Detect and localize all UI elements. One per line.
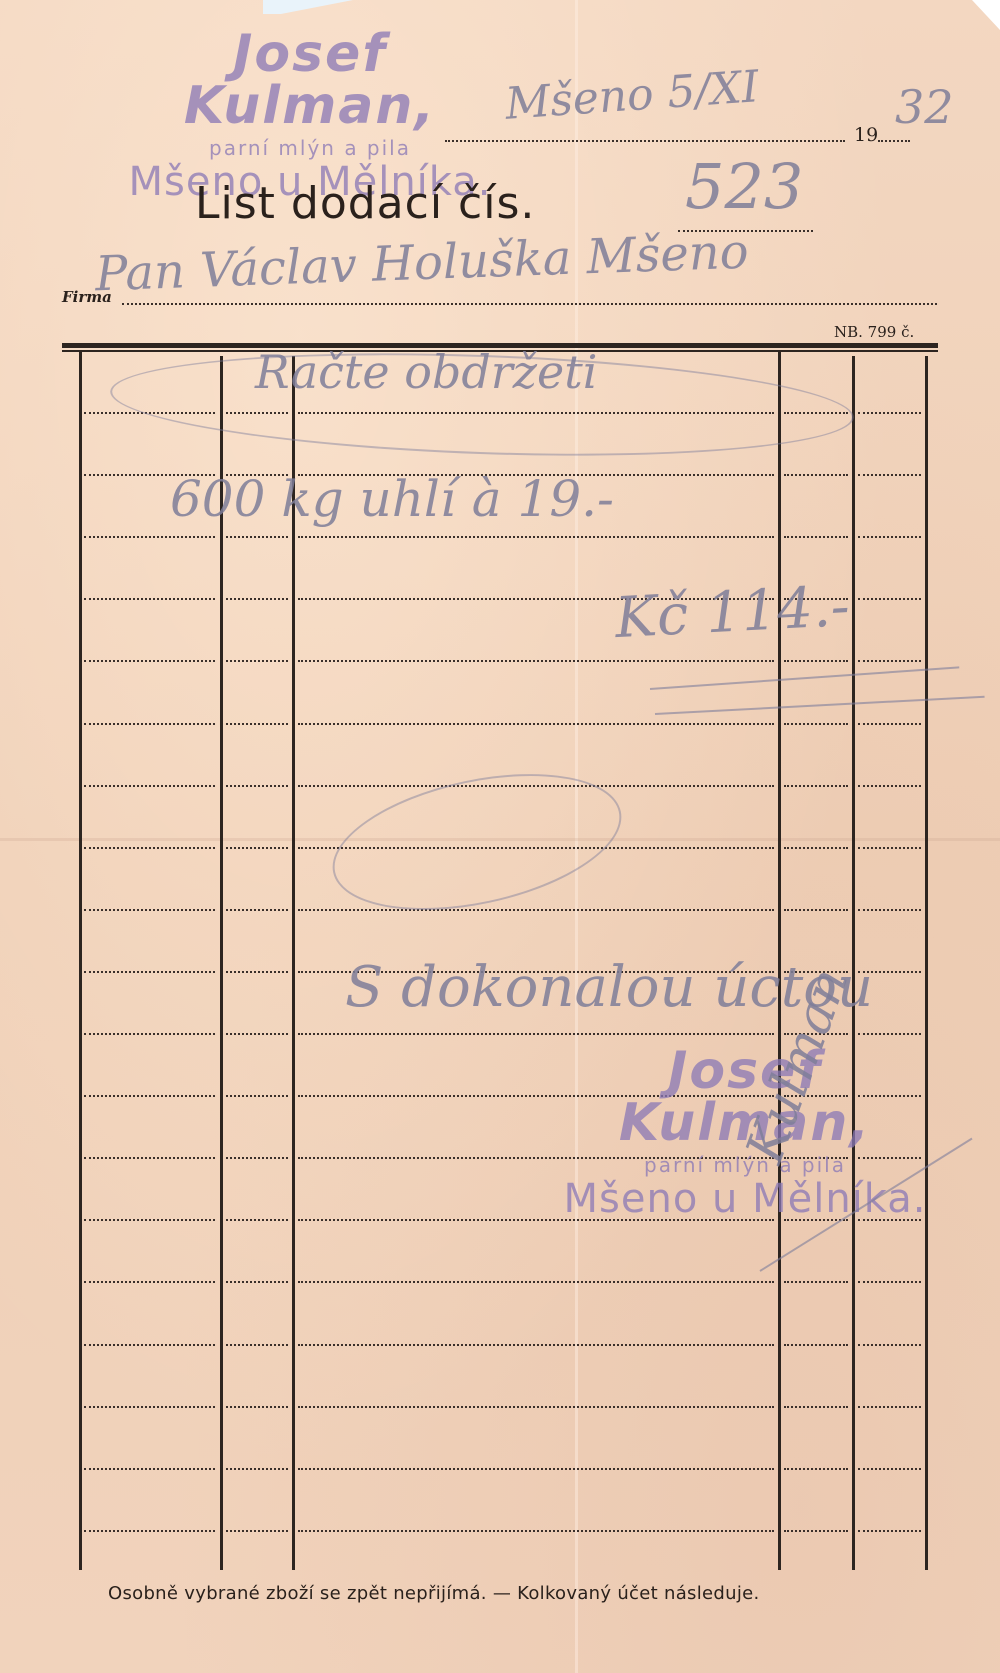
row-dotted-line: [226, 1406, 288, 1408]
row-dotted-line: [784, 909, 848, 911]
handwritten-line-1: Račte obdržeti: [255, 345, 597, 399]
column-line: [79, 352, 82, 1570]
row-dotted-line: [84, 1033, 215, 1035]
column-line: [925, 356, 928, 1570]
row-dotted-line: [84, 536, 215, 538]
row-dotted-line: [84, 1095, 215, 1097]
row-dotted-line: [226, 1468, 288, 1470]
row-dotted-line: [858, 723, 921, 725]
row-dotted-line: [226, 660, 288, 662]
row-dotted-line: [84, 1281, 215, 1283]
row-dotted-line: [298, 1406, 774, 1408]
row-dotted-line: [84, 1344, 215, 1346]
row-dotted-line: [298, 1468, 774, 1470]
row-dotted-line: [84, 660, 215, 662]
row-dotted-line: [84, 1468, 215, 1470]
row-dotted-line: [226, 785, 288, 787]
column-line: [220, 356, 223, 1570]
row-dotted-line: [298, 723, 774, 725]
row-dotted-line: [858, 785, 921, 787]
row-dotted-line: [858, 1530, 921, 1532]
row-dotted-line: [226, 1033, 288, 1035]
row-dotted-line: [226, 598, 288, 600]
row-dotted-line: [784, 660, 848, 662]
row-dotted-line: [784, 536, 848, 538]
row-dotted-line: [226, 971, 288, 973]
firma-dotted-line: [122, 303, 937, 305]
row-dotted-line: [784, 1281, 848, 1283]
row-dotted-line: [226, 1219, 288, 1221]
row-dotted-line: [858, 474, 921, 476]
row-dotted-line: [784, 723, 848, 725]
row-dotted-line: [84, 847, 215, 849]
row-dotted-line: [226, 909, 288, 911]
year-dotted-line: [878, 140, 910, 142]
row-dotted-line: [226, 1281, 288, 1283]
row-dotted-line: [84, 909, 215, 911]
row-dotted-line: [298, 1530, 774, 1532]
row-dotted-line: [298, 660, 774, 662]
handwritten-line-2: 600 kg uhlí à 19.-: [170, 470, 614, 528]
row-dotted-line: [858, 1344, 921, 1346]
row-dotted-line: [226, 1530, 288, 1532]
row-dotted-line: [84, 598, 215, 600]
row-dotted-line: [784, 474, 848, 476]
row-dotted-line: [84, 1219, 215, 1221]
form-code: NB. 799 č.: [834, 323, 914, 341]
row-dotted-line: [84, 785, 215, 787]
row-dotted-line: [784, 1530, 848, 1532]
row-dotted-line: [858, 1033, 921, 1035]
row-dotted-line: [784, 847, 848, 849]
row-dotted-line: [784, 1468, 848, 1470]
row-dotted-line: [858, 660, 921, 662]
row-dotted-line: [784, 785, 848, 787]
row-dotted-line: [858, 536, 921, 538]
row-dotted-line: [226, 1095, 288, 1097]
document-title: List dodací čís.: [195, 178, 535, 229]
row-dotted-line: [858, 1406, 921, 1408]
column-line: [292, 356, 295, 1570]
row-dotted-line: [84, 971, 215, 973]
row-dotted-line: [84, 1406, 215, 1408]
row-dotted-line: [226, 847, 288, 849]
stamp-name: Josef Kulman,: [100, 28, 520, 132]
footer-note: Osobně vybrané zboží se zpět nepřijímá. …: [108, 1583, 760, 1604]
row-dotted-line: [226, 1157, 288, 1159]
row-dotted-line: [858, 1281, 921, 1283]
row-dotted-line: [226, 723, 288, 725]
handwritten-number: 523: [685, 150, 803, 223]
row-dotted-line: [298, 1033, 774, 1035]
row-dotted-line: [858, 847, 921, 849]
row-dotted-line: [298, 1344, 774, 1346]
row-dotted-line: [298, 909, 774, 911]
row-dotted-line: [298, 1281, 774, 1283]
row-dotted-line: [784, 1406, 848, 1408]
row-dotted-line: [858, 412, 921, 414]
handwritten-year: 32: [895, 80, 954, 134]
row-dotted-line: [84, 723, 215, 725]
handwritten-total: Kč 114.-: [613, 574, 851, 651]
row-dotted-line: [226, 536, 288, 538]
row-dotted-line: [298, 536, 774, 538]
date-dotted-line: [445, 140, 845, 142]
row-dotted-line: [858, 1468, 921, 1470]
row-dotted-line: [858, 598, 921, 600]
stamp-subtitle: parní mlýn a pila: [535, 1153, 955, 1177]
row-dotted-line: [84, 1530, 215, 1532]
company-stamp-top: Josef Kulman, parní mlýn a pila Mšeno u …: [100, 28, 520, 202]
year-prefix: 19: [854, 124, 878, 146]
row-dotted-line: [784, 1344, 848, 1346]
stamp-city: Mšeno u Mělníka.: [535, 1179, 955, 1219]
row-dotted-line: [858, 909, 921, 911]
row-dotted-line: [226, 1344, 288, 1346]
row-dotted-line: [84, 1157, 215, 1159]
